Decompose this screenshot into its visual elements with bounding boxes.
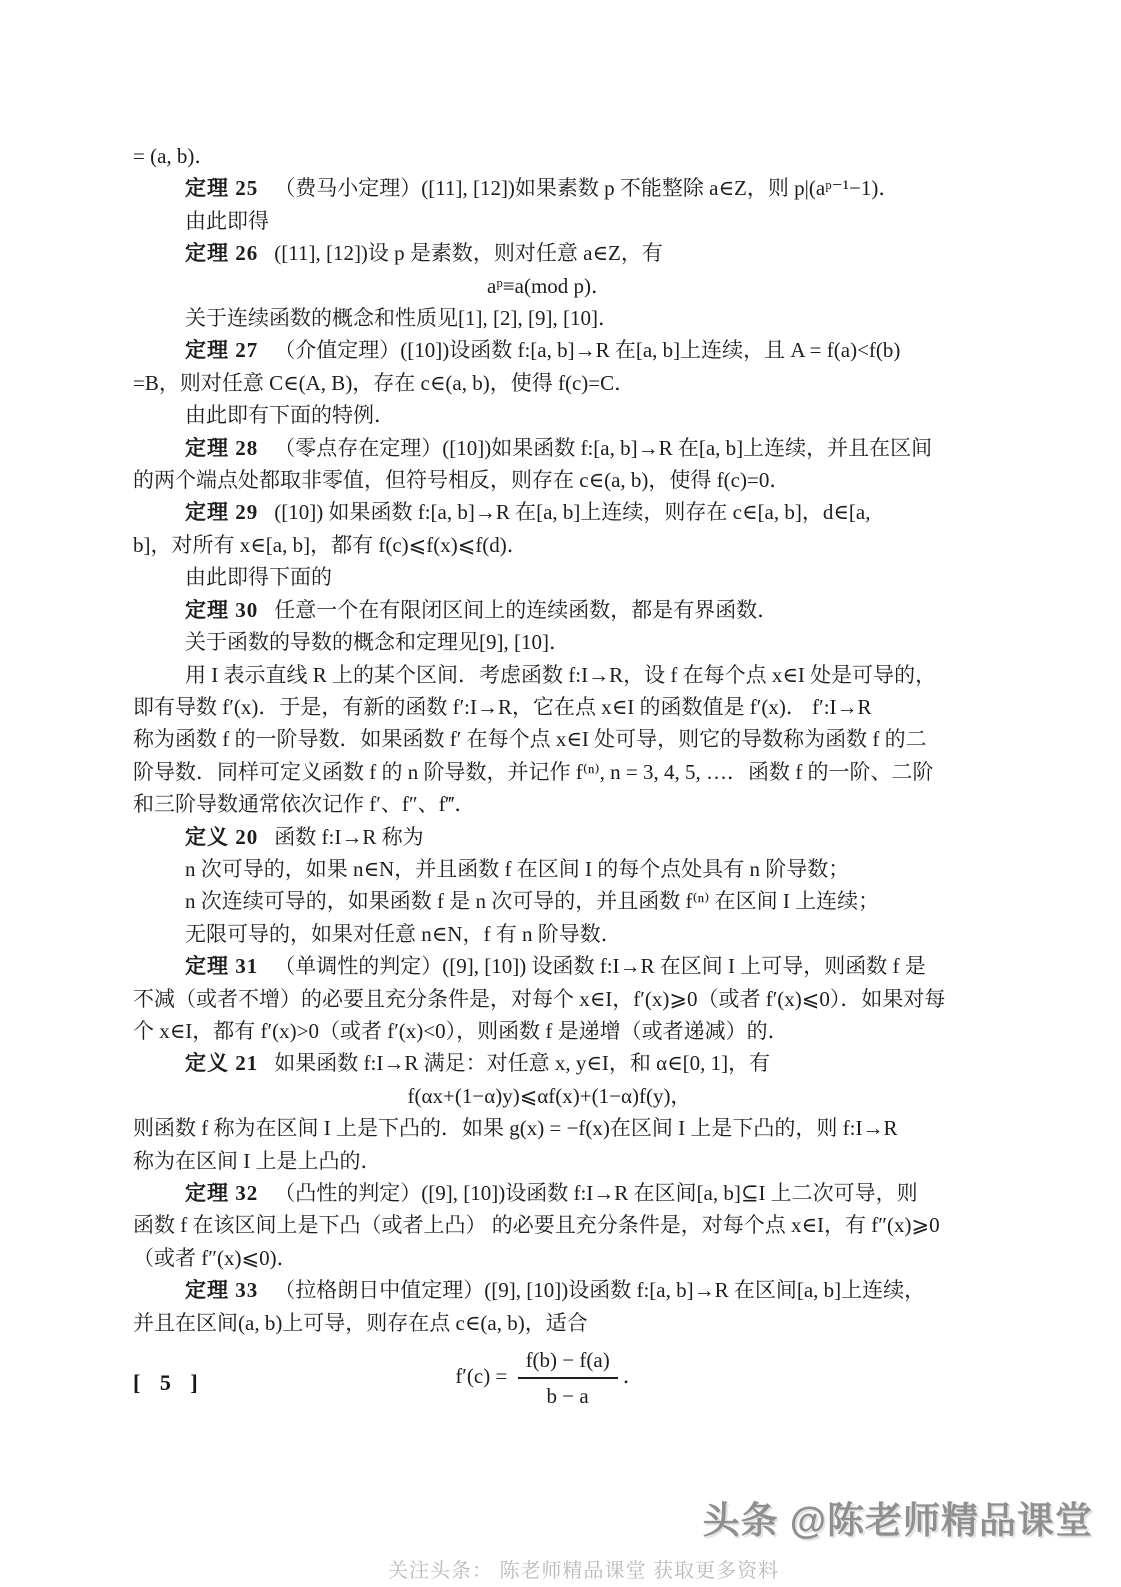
- line-text: 由此即有下面的特例．: [185, 403, 395, 427]
- text-line: 用 I 表示直线 R 上的某个区间．考虑函数 f:I→R，设 f 在每个点 x∈…: [133, 659, 966, 691]
- line-text: 关于连续函数的概念和性质见[1], [2], [9], [10]．: [185, 306, 619, 330]
- line-continuation: =B，则对任意 C∈(A, B)，存在 c∈(a, b)，使得 f(c)=C．: [133, 367, 966, 399]
- line-text: 称为在区间 I 上是上凸的．: [133, 1149, 382, 1173]
- line-continuation: 阶导数．同样可定义函数 f 的 n 阶导数，并记作 f⁽ⁿ⁾, n = 3, 4…: [133, 756, 966, 788]
- fraction: f(b) − f(a)b − a: [518, 1347, 618, 1410]
- theorem-25: 定理 25（费马小定理）([11], [12])如果素数 p 不能整除 a∈Z，…: [133, 172, 966, 204]
- line-text: （介值定理）([10])设函数 f:[a, b]→R 在[a, b]上连续，且 …: [274, 338, 900, 362]
- theorem-32: 定理 32（凸性的判定）([9], [10])设函数 f:I→R 在区间[a, …: [133, 1177, 966, 1209]
- line-text: 用 I 表示直线 R 上的某个区间．考虑函数 f:I→R，设 f 在每个点 x∈…: [185, 663, 936, 687]
- watermark-toutiao-channel: 头条 @陈老师精品课堂: [703, 1490, 1093, 1544]
- watermark-footer-note: 关注头条： 陈老师精品课堂 获取更多资料: [388, 1554, 779, 1583]
- line-text: 无限可导的，如果对任意 n∈N，f 有 n 阶导数．: [185, 922, 622, 946]
- line-text: 称为函数 f 的一阶导数．如果函数 f′ 在每个点 x∈I 处可导，则它的导数称…: [133, 727, 927, 751]
- theorem-label: 定义 21: [185, 1051, 258, 1075]
- line-text: 不减（或者不增）的必要且充分条件是，对每个 x∈I，f′(x)⩾0（或者 f′(…: [133, 987, 945, 1011]
- line-text: （拉格朗日中值定理）([9], [10])设函数 f:[a, b]→R 在区间[…: [274, 1278, 925, 1302]
- theorem-label: 定理 33: [185, 1278, 258, 1302]
- line-text: （或者 f″(x)⩽0)．: [133, 1246, 298, 1270]
- line-text: 关于函数的导数的概念和定理见[9], [10]．: [185, 630, 570, 654]
- text-line: 由此即有下面的特例．: [133, 399, 966, 431]
- fraction-numerator: f(b) − f(a): [518, 1347, 618, 1379]
- theorem-31: 定理 31（单调性的判定）([9], [10]) 设函数 f:I→R 在区间 I…: [133, 950, 966, 982]
- text-line: n 次可导的，如果 n∈N，并且函数 f 在区间 I 的每个点处具有 n 阶导数…: [133, 853, 966, 885]
- formula-prefix: f′(c) =: [455, 1364, 512, 1388]
- line-continuation: 函数 f 在该区间上是下凸（或者上凸） 的必要且充分条件是，对每个点 x∈I，有…: [133, 1209, 966, 1241]
- fraction-denominator: b − a: [518, 1379, 618, 1409]
- fermat-congruence-formula: aᵖ≡a(mod p)．: [133, 270, 966, 302]
- theorem-26: 定理 26([11], [12])设 p 是素数，则对任意 a∈Z，有: [133, 237, 966, 269]
- scanned-book-page: = (a, b)．定理 25（费马小定理）([11], [12])如果素数 p …: [0, 0, 1121, 1587]
- definition-21: 定义 21如果函数 f:I→R 满足：对任意 x, y∈I，和 α∈[0, 1]…: [133, 1047, 966, 1079]
- line-text: f(αx+(1−α)y)⩽αf(x)+(1−α)f(y)，: [408, 1084, 692, 1108]
- line-text: 和三阶导数通常依次记作 f′、f″、f‴．: [133, 792, 475, 816]
- line-text: 由此即得: [185, 209, 269, 233]
- theorem-33: 定理 33（拉格朗日中值定理）([9], [10])设函数 f:[a, b]→R…: [133, 1274, 966, 1306]
- line-text: 阶导数．同样可定义函数 f 的 n 阶导数，并记作 f⁽ⁿ⁾, n = 3, 4…: [133, 760, 934, 784]
- theorem-label: 定义 20: [185, 825, 258, 849]
- line-text: n 次可导的，如果 n∈N，并且函数 f 在区间 I 的每个点处具有 n 阶导数…: [185, 857, 849, 881]
- line-text: （单调性的判定）([9], [10]) 设函数 f:I→R 在区间 I 上可导，…: [274, 954, 926, 978]
- line-text: n 次连续可导的，如果函数 f 是 n 次可导的，并且函数 f⁽ⁿ⁾ 在区间 I…: [185, 889, 879, 913]
- line-text: （凸性的判定）([9], [10])设函数 f:I→R 在区间[a, b]⊆I …: [274, 1181, 917, 1205]
- line-text: 的两个端点处都取非零值，但符号相反，则存在 c∈(a, b)，使得 f(c)=0…: [133, 468, 790, 492]
- theorem-label: 定理 28: [185, 436, 258, 460]
- theorem-label: 定理 25: [185, 176, 258, 200]
- theorem-30: 定理 30任意一个在有限闭区间上的连续函数，都是有界函数．: [133, 594, 966, 626]
- text-line: n 次连续可导的，如果函数 f 是 n 次可导的，并且函数 f⁽ⁿ⁾ 在区间 I…: [133, 885, 966, 917]
- theorem-label: 定理 32: [185, 1181, 258, 1205]
- line-text: 如果函数 f:I→R 满足：对任意 x, y∈I，和 α∈[0, 1]，有: [274, 1051, 770, 1075]
- line-continuation: 和三阶导数通常依次记作 f′、f″、f‴．: [133, 788, 966, 820]
- text-block: = (a, b)．定理 25（费马小定理）([11], [12])如果素数 p …: [133, 140, 966, 1410]
- line-text: aᵖ≡a(mod p)．: [487, 274, 612, 298]
- line-continuation: 个 x∈I，都有 f′(x)>0（或者 f′(x)<0），则函数 f 是递增（或…: [133, 1015, 966, 1047]
- line-continuation: 不减（或者不增）的必要且充分条件是，对每个 x∈I，f′(x)⩾0（或者 f′(…: [133, 983, 966, 1015]
- text-line: 由此即得下面的: [133, 561, 966, 593]
- text-line: 由此即得: [133, 205, 966, 237]
- theorem-label: 定理 26: [185, 241, 258, 265]
- line-text: 函数 f:I→R 称为: [274, 825, 423, 849]
- convexity-inequality-formula: f(αx+(1−α)y)⩽αf(x)+(1−α)f(y)，: [133, 1080, 966, 1112]
- line-continuation: 的两个端点处都取非零值，但符号相反，则存在 c∈(a, b)，使得 f(c)=0…: [133, 464, 966, 496]
- line-text: 并且在区间(a, b)上可导，则存在点 c∈(a, b)，适合: [133, 1311, 588, 1335]
- theorem-27: 定理 27（介值定理）([10])设函数 f:[a, b]→R 在[a, b]上…: [133, 334, 966, 366]
- page-number: [ 5 ]: [133, 1370, 205, 1396]
- text-line: 关于函数的导数的概念和定理见[9], [10]．: [133, 626, 966, 658]
- text-line: 关于连续函数的概念和性质见[1], [2], [9], [10]．: [133, 302, 966, 334]
- theorem-label: 定理 30: [185, 598, 258, 622]
- theorem-label: 定理 27: [185, 338, 258, 362]
- definition-20: 定义 20函数 f:I→R 称为: [133, 821, 966, 853]
- line-text: 函数 f 在该区间上是下凸（或者上凸） 的必要且充分条件是，对每个点 x∈I，有…: [133, 1213, 940, 1237]
- line-text: b]，对所有 x∈[a, b]，都有 f(c)⩽f(x)⩽f(d)．: [133, 533, 528, 557]
- text-line: 无限可导的，如果对任意 n∈N，f 有 n 阶导数．: [133, 918, 966, 950]
- line-continuation: = (a, b)．: [133, 140, 966, 172]
- line-continuation: （或者 f″(x)⩽0)．: [133, 1242, 966, 1274]
- line-text: =B，则对任意 C∈(A, B)，存在 c∈(a, b)，使得 f(c)=C．: [133, 371, 635, 395]
- line-text: 任意一个在有限闭区间上的连续函数，都是有界函数．: [274, 598, 778, 622]
- line-text: = (a, b)．: [133, 144, 215, 168]
- line-continuation: 称为函数 f 的一阶导数．如果函数 f′ 在每个点 x∈I 处可导，则它的导数称…: [133, 723, 966, 755]
- theorem-label: 定理 31: [185, 954, 258, 978]
- line-continuation: 即有导数 f′(x)．于是，有新的函数 f′:I→R，它在点 x∈I 的函数值是…: [133, 691, 966, 723]
- theorem-label: 定理 29: [185, 500, 258, 524]
- formula-suffix: ．: [623, 1364, 644, 1388]
- line-text: 则函数 f 称为在区间 I 上是下凸的．如果 g(x) = −f(x)在区间 I…: [133, 1116, 897, 1140]
- lines-host: = (a, b)．定理 25（费马小定理）([11], [12])如果素数 p …: [133, 140, 966, 1339]
- line-text: 即有导数 f′(x)．于是，有新的函数 f′:I→R，它在点 x∈I 的函数值是…: [133, 695, 872, 719]
- line-text: （零点存在定理）([10])如果函数 f:[a, b]→R 在[a, b]上连续…: [274, 436, 932, 460]
- line-text: 由此即得下面的: [185, 565, 332, 589]
- line-text: 个 x∈I，都有 f′(x)>0（或者 f′(x)<0），则函数 f 是递增（或…: [133, 1019, 789, 1043]
- line-text: ([11], [12])设 p 是素数，则对任意 a∈Z，有: [274, 241, 663, 265]
- line-text: （费马小定理）([11], [12])如果素数 p 不能整除 a∈Z，则 p|(…: [274, 176, 899, 200]
- line-continuation: 并且在区间(a, b)上可导，则存在点 c∈(a, b)，适合: [133, 1307, 966, 1339]
- theorem-28: 定理 28（零点存在定理）([10])如果函数 f:[a, b]→R 在[a, …: [133, 432, 966, 464]
- line-continuation: b]，对所有 x∈[a, b]，都有 f(c)⩽f(x)⩽f(d)．: [133, 529, 966, 561]
- line-text: ([10]) 如果函数 f:[a, b]→R 在[a, b]上连续，则存在 c∈…: [274, 500, 870, 524]
- mean-value-formula: f′(c) = f(b) − f(a)b − a．: [133, 1347, 966, 1410]
- line-continuation: 称为在区间 I 上是上凸的．: [133, 1145, 966, 1177]
- theorem-29: 定理 29([10]) 如果函数 f:[a, b]→R 在[a, b]上连续，则…: [133, 496, 966, 528]
- line-continuation: 则函数 f 称为在区间 I 上是下凸的．如果 g(x) = −f(x)在区间 I…: [133, 1112, 966, 1144]
